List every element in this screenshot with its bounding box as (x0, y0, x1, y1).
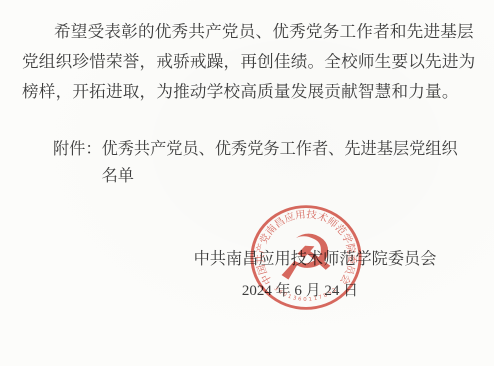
paragraph-line-3: 榜样，开拓进取，为推动学校高质量发展贡献智慧和力量。 (22, 77, 478, 107)
attachment-line-2: 名单 (102, 163, 458, 190)
attachment-line-1: 优秀共产党员、优秀党务工作者、先进基层党组织 (102, 136, 458, 163)
paragraph-line-2: 党组织珍惜荣誉，戒骄戒躁，再创佳绩。全校师生要以先进为 (22, 47, 478, 77)
attachment-label: 附件： (53, 136, 102, 163)
signature-block: 中共南昌应用技术师范学院委员会 2024 年 6 月 24 日 (192, 250, 438, 300)
attachment-note: 附件： 优秀共产党员、优秀党务工作者、先进基层党组织 名单 (53, 136, 458, 190)
issue-date: 2024 年 6 月 24 日 (192, 282, 408, 300)
paragraph-line-1: 希望受表彰的优秀共产党员、优秀党务工作者和先进基层 (22, 17, 478, 47)
document-page: 希望受表彰的优秀共产党员、优秀党务工作者和先进基层 党组织珍惜荣誉，戒骄戒躁，再… (0, 0, 494, 366)
body-paragraph: 希望受表彰的优秀共产党员、优秀党务工作者和先进基层 党组织珍惜荣誉，戒骄戒躁，再… (22, 17, 478, 107)
issuer-name: 中共南昌应用技术师范学院委员会 (192, 250, 438, 269)
attachment-content: 优秀共产党员、优秀党务工作者、先进基层党组织 名单 (102, 136, 458, 190)
